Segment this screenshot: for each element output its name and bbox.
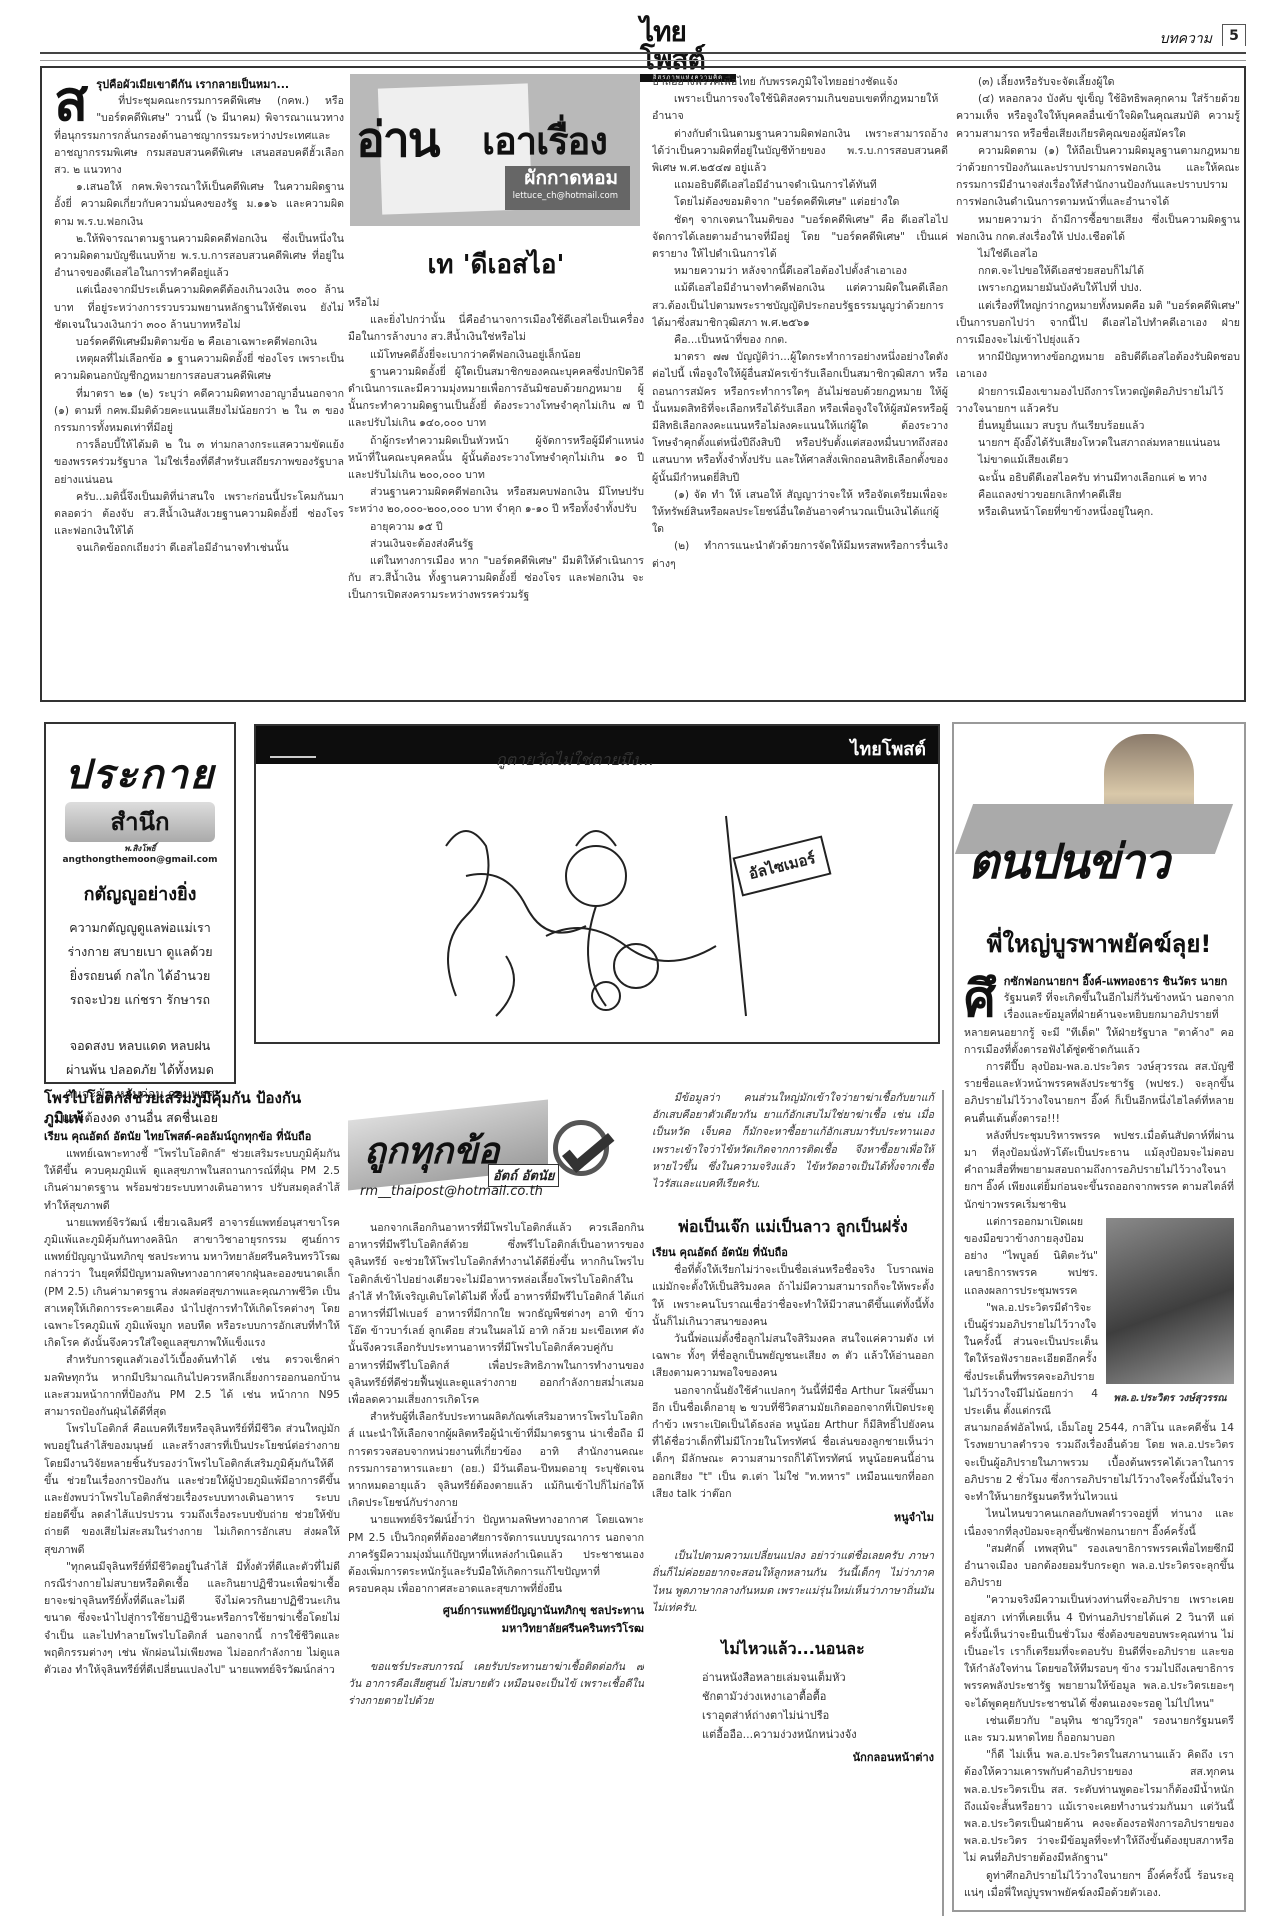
- page-number: 5: [1222, 24, 1246, 46]
- paragraph: "ความจริงมีความเป็นห่วงท่านที่จะอภิปราย …: [964, 1592, 1234, 1712]
- paragraph: หรือเดินหน้าโดยที่ขาข้างหนึ่งอยู่ในคุก.: [956, 504, 1240, 521]
- paragraph: ไม่ใช่ดีเอสไอ: [956, 246, 1240, 263]
- paragraph: นอกจากนั้นยังใช้คำแปลกๆ วันนี้ที่มีชื่อ …: [652, 1383, 934, 1503]
- editorial-headline: เท 'ดีเอสไอ': [348, 244, 644, 285]
- paragraph: มีข้อมูลว่า คนส่วนใหญ่มักเข้าใจว่ายาฆ่าเ…: [652, 1090, 934, 1193]
- poem-line: แต่อื้ออือ...ความง่วงหนักหน่วงจัง: [702, 1725, 934, 1744]
- tonpon-logo: ตนปนข่าว: [968, 824, 1168, 900]
- paragraph: นายกฯ อุ๊งอิ๊งได้รับเสียงโหวตในสภาถล่มทล…: [956, 435, 1240, 452]
- paragraph: แถมอธิบดีดีเอสไอมีอำนาจดำเนินการได้ทันที: [652, 177, 948, 194]
- author-email[interactable]: lettuce_ch@hotmail.com: [505, 190, 618, 202]
- paragraph: หมายความว่า ถ้ามีการซื้อขายเสียง ซึ่งเป็…: [956, 212, 1240, 246]
- paragraph: สำหรับการดูแลตัวเองไว้เบื้องต้นทำได้ เช่…: [44, 1352, 340, 1421]
- tonpon-body: ศึ กซักฟอกนายกฯ อิ๊งค์-แพทองธาร ชินวัตร …: [954, 973, 1244, 1902]
- editor-reply: ขอแชร์ประสบการณ์ เคยรับประทานยาฆ่าเชื้อต…: [348, 1659, 644, 1711]
- banner-word-small: เอาเรื่อง: [482, 110, 607, 171]
- paragraph: การตีปี๊บ ลุงป้อม-พล.อ.ประวิตร วงษ์สุวรร…: [964, 1059, 1234, 1128]
- editorial-column-3: บาลอย่างพรรคเพื่อไทย กับพรรคภูมิใจไทยอย่…: [652, 74, 948, 694]
- paragraph: ถ้าผู้กระทำความผิดเป็นหัวหน้า ผู้จัดการห…: [348, 433, 644, 485]
- drop-cap: ศึ: [964, 975, 996, 1023]
- editorial-box: ส รุปคือผัวเมียเขาดีกัน เรากลายเป็นหมา..…: [40, 66, 1246, 702]
- paragraph: (๒) ทำการแนะนำตัวด้วยการจัดให้มีมหรสพหรื…: [652, 538, 948, 572]
- paragraph: หรือไม่: [348, 295, 644, 312]
- poem-line: ผ่านพ้น ปลอดภัย ได้ทั้งหมด: [46, 1058, 234, 1082]
- editor-reply: เป็นไปตามความเปลี่ยนแปลง อย่าว่าแต่ชื่อเ…: [652, 1548, 934, 1617]
- paragraph: (๓) เลี้ยงหรือรับจะจัดเลี้ยงผู้ใด: [956, 74, 1240, 91]
- poem-title: ไม่ไหวแล้ว...นอนละ: [652, 1637, 934, 1662]
- editor-reply-continued: มีข้อมูลว่า คนส่วนใหญ่มักเข้าใจว่ายาฆ่าเ…: [652, 1090, 934, 1193]
- paragraph: คือแถลงข่าวขอยกเลิกทำคดีเสีย: [956, 487, 1240, 504]
- paragraph: แพทย์เฉพาะทางชี้ "โพรไบโอติกส์" ช่วยเสริ…: [44, 1146, 340, 1215]
- editorial-body: หรือไม่ และยิ่งไปกว่านั้น นี่คืออำนาจการ…: [348, 295, 644, 605]
- letters-column-2: ถูกทุกข้อ อัตถ์ อัตนัย rm__thaipost@hotm…: [348, 1090, 644, 1920]
- poem-line: รถจะป่วย แก่ชรา รักษารถ: [46, 988, 234, 1012]
- paragraph: เพราะกฎหมายมันบังคับให้ไปที่ ปปง.: [956, 280, 1240, 297]
- paragraph: ฐานความผิดอั้งยี่ ผู้ใดเป็นสมาชิกของคณะบ…: [348, 364, 644, 433]
- cartoon-caption: กูตายวัดไม่ใช่ตายมึง...: [496, 748, 653, 773]
- paragraph: แม้ดีเอสไอมีอำนาจทำคดีฟอกเงิน แต่ความผิด…: [652, 280, 948, 332]
- paragraph: ครับ...มตินี้จึงเป็นมติที่น่าสนใจ เพราะก…: [54, 489, 344, 541]
- masthead-logo: ไทยโพสต์ อิสรภาพแห่งความคิด: [640, 18, 740, 56]
- poem-line: อ่านหนังสือหลายเล่มจนเต็มหัว: [702, 1668, 934, 1687]
- mascot-icon: [270, 732, 316, 758]
- column-banner: อ่าน เอาเรื่อง ผักกาดหอม lettuce_ch@hotm…: [350, 74, 640, 226]
- letter-body: ชื่อที่ตั้งให้เรียกไม่ว่าจะเป็นชื่อเล่นห…: [652, 1262, 934, 1617]
- cartoon-brand: ไทยโพสต์: [850, 734, 926, 763]
- paragraph: หลังที่ประชุมบริหารพรรค พปชร.เมื่อต้นสัป…: [964, 1128, 1234, 1214]
- paragraph: "ก็ดี ไม่เห็น พล.อ.ประวิตรในสภานานแล้ว ค…: [964, 1747, 1234, 1867]
- paragraph: ยื่นหมูยื่นแมว สบรูบ กันเรียบร้อยแล้ว: [956, 418, 1240, 435]
- paragraph: แต่เนื่องจากมีประเด็นความผิดคดีต้องเกินว…: [54, 282, 344, 334]
- tonpon-headline: พี่ใหญ่บูรพาพยัคฆ์ลุย!: [954, 924, 1244, 963]
- letter-salutation: เรียน คุณอัตถ์ อัตนัย ที่นับถือ: [652, 1244, 934, 1262]
- paragraph: แต่เรื่องที่ใหญ่กว่ากฎหมายทั้งหมดคือ มติ…: [956, 298, 1240, 350]
- poem-signature: นักกลอนหน้าต่าง: [652, 1748, 934, 1766]
- lead-line: รุปคือผัวเมียเขาดีกัน เรากลายเป็นหมา...: [54, 76, 344, 93]
- paragraph: ที่ประชุมคณะกรรมการคดีพิเศษ (กคพ.) หรือ …: [54, 93, 344, 179]
- header-rule: [40, 52, 1246, 54]
- tonpon-banner: ตนปนข่าว: [954, 734, 1244, 894]
- photo-caption: พล.อ.ประวิตร วงษ์สุวรรณ: [1106, 1390, 1234, 1407]
- author-name: ผักกาดหอม: [505, 166, 618, 190]
- banner-word-big: อ่าน: [356, 102, 439, 178]
- reader-poem: อ่านหนังสือหลายเล่มจนเต็มหัว ชักตามัวง่ว…: [652, 1668, 934, 1744]
- paragraph: บอร์ดคดีพิเศษมีมติตามข้อ ๒ คือเอาเฉพาะคด…: [54, 334, 344, 351]
- paragraph: โดยไม่ต้องขอมติจาก "บอร์ดคดีพิเศษ" แต่อย…: [652, 194, 948, 211]
- letters-column-1: โพรไบโอติกส์ช่วยเสริมภูมิคุ้มกัน ป้องกัน…: [44, 1088, 340, 1920]
- letter-signature: ศูนย์การแพทย์ปัญญานันทภิกขุ ชลประทาน: [348, 1602, 644, 1619]
- paragraph: อายุความ ๑๕ ปี: [348, 519, 644, 536]
- editorial-column-1: ส รุปคือผัวเมียเขาดีกัน เรากลายเป็นหมา..…: [54, 76, 344, 696]
- column-logo-thuk-thuk-kho: ถูกทุกข้อ อัตถ์ อัตนัย rm__thaipost@hotm…: [348, 1090, 644, 1200]
- paragraph: รัฐมนตรี ที่จะเกิดขึ้นในอีกไม่กี่วันข้าง…: [964, 990, 1234, 1059]
- paragraph: แม้โทษคดีอั้งยี่จะเบากว่าคดีฟอกเงินอยู่เ…: [348, 347, 644, 364]
- paragraph: นอกจากเลือกกินอาหารที่มีโพรไบโอติกส์แล้ว…: [348, 1220, 644, 1409]
- paragraph: คือ...เป็นหน้าที่ของ กกต.: [652, 332, 948, 349]
- letter-headline: โพรไบโอติกส์ช่วยเสริมภูมิคุ้มกัน ป้องกัน…: [44, 1088, 340, 1128]
- paragraph: มาตรา ๗๗ บัญญัติว่า...ผู้ใดกระทำการอย่าง…: [652, 349, 948, 487]
- poem-line: จอดสงบ หลบแดด หลบฝน: [46, 1034, 234, 1058]
- paragraph: หมายความว่า หลังจากนี้ดีเอสไอต้องไปตั้งล…: [652, 263, 948, 280]
- photo-figure: พล.อ.ประวิตร วงษ์สุวรรณ: [1106, 1218, 1234, 1407]
- poem-line: ชักตามัวง่วงเหงาเอาตื้อตื้อ: [702, 1687, 934, 1706]
- paragraph: ๑.เสนอให้ กคพ.พิจารณาให้เป็นคดีพิเศษ ในค…: [54, 179, 344, 231]
- paragraph: (๑) จัด ทำ ให้ เสนอให้ สัญญาว่าจะให้ หรื…: [652, 487, 948, 539]
- paragraph: นายแพทย์จิรวัฒน์ เชี่ยวเฉลิมศรี อาจารย์แ…: [44, 1215, 340, 1353]
- paragraph: ฉะนั้น อธิบดีดีเอสไอครับ ท่านมีทางเลือกแ…: [956, 470, 1240, 487]
- paragraph: (๔) หลอกลวง บังคับ ขู่เข็ญ ใช้อิทธิพลคุก…: [956, 91, 1240, 143]
- paragraph: ส่วนเงินจะต้องส่งคืนรัฐ: [348, 536, 644, 553]
- poem-stanza-1: ความกตัญญูดูแลพ่อแม่เรา ร่างกาย สบายเบา …: [46, 916, 234, 1012]
- paragraph: เพราะเป็นการจงใจใช้นิติสงครามเกินขอบเขตท…: [652, 91, 948, 125]
- paragraph: แต่ในทางการเมือง หาก "บอร์ดคดีพิเศษ" มีม…: [348, 553, 644, 605]
- paragraph: ความผิดตาม (๑) ให้ถือเป็นความผิดมูลฐานตา…: [956, 143, 1240, 212]
- letters-column-3: มีข้อมูลว่า คนส่วนใหญ่มักเข้าใจว่ายาฆ่าเ…: [652, 1090, 944, 1916]
- poem-scroll-banner: สำนึก: [65, 802, 215, 842]
- paragraph: หากมีปัญหาทางข้อกฎหมาย อธิบดีดีเอสไอต้อง…: [956, 349, 1240, 383]
- paragraph: กกต.จะไปขอให้ดีเอสช่วยสอบก็ไม่ได้: [956, 263, 1240, 280]
- letter-salutation: เรียน คุณอัตถ์ อัตนัย ไทยโพสต์-คอลัมน์ถู…: [44, 1128, 340, 1146]
- cartoon-box: ไทยโพสต์ กูตายวัดไม่ใช่ตายมึง... อัลไซเม…: [254, 724, 940, 1044]
- paragraph: นายแพทย์จิรวัฒน์ย้ำว่า ปัญหามลพิษทางอากา…: [348, 1512, 644, 1598]
- tonpon-box: ตนปนข่าว พี่ใหญ่บูรพาพยัคฆ์ลุย! ศึ กซักฟ…: [952, 722, 1246, 1912]
- paragraph: เช่นเดียวกับ "อนุทิน ชาญวีรกูล" รองนายกร…: [964, 1713, 1234, 1747]
- paragraph: เหตุผลที่ไม่เลือกข้อ ๑ ฐานความผิดอั้งยี่…: [54, 351, 344, 385]
- editorial-column-2: อ่าน เอาเรื่อง ผักกาดหอม lettuce_ch@hotm…: [348, 74, 644, 694]
- paragraph: ไม่ขาดแม้เสียงเดียว: [956, 452, 1240, 469]
- section-label: บทความ: [1160, 28, 1212, 50]
- author-bar: ผักกาดหอม lettuce_ch@hotmail.com: [505, 166, 630, 210]
- header-rule-thin: [40, 60, 1246, 61]
- photo-prawit: [1106, 1218, 1234, 1384]
- paragraph: ต่างกับดำเนินตามฐานความผิดฟอกเงิน เพราะส…: [652, 126, 948, 178]
- paragraph: วันนี้พ่อแม่ตั้งชื่อลูกไม่สนใจสิริมงคล ส…: [652, 1331, 934, 1383]
- paragraph: ฝ่ายการเมืองเขามองไปถึงการโหวตญัตติอภิปร…: [956, 384, 1240, 418]
- poem-line: ยิ่งรถยนต์ กลไก ได้อำนวย: [46, 964, 234, 988]
- paragraph: การล็อบบี้ให้ได้มติ ๒ ใน ๓ ท่ามกลางกระแส…: [54, 437, 344, 489]
- poem-box: ประกาย สำนึก พ.สิงโพธิ์ angthongthemoon@…: [44, 722, 236, 1084]
- poem-column-logo: ประกาย: [46, 742, 234, 806]
- paragraph: ชัดๆ จากเจตนาในมติของ "บอร์ดคดีพิเศษ" คื…: [652, 212, 948, 264]
- lead-line: กซักฟอกนายกฯ อิ๊งค์-แพทองธาร ชินวัตร นาย…: [964, 973, 1234, 990]
- paragraph: และยิ่งไปกว่านั้น นี่คืออำนาจการเมืองใช้…: [348, 312, 644, 346]
- paragraph: "สมศักดิ์ เทพสุทิน" รองเลขาธิการพรรคเพื่…: [964, 1541, 1234, 1593]
- drop-cap: ส: [54, 78, 88, 126]
- poem-line: เราอุตส่าห์ถ่างตาไม่น่าปรือ: [702, 1706, 934, 1725]
- paragraph: ที่มาตรา ๒๑ (๒) ระบุว่า คดีความผิดทางอาญ…: [54, 386, 344, 438]
- paragraph: ไหนไหนขวาคนเกลอกับพลตำรวจอยู่ที่ ท่านาง …: [964, 1506, 1234, 1540]
- paragraph: ๒.ให้พิจารณาตามฐานความผิดคดีฟอกเงิน ซึ่ง…: [54, 231, 344, 283]
- paragraph: ดูท่าศึกอภิปรายไม่ไว้วางใจนายกฯ อิ๊งค์คร…: [964, 1868, 1234, 1902]
- poem-line: ความกตัญญูดูแลพ่อแม่เรา: [46, 916, 234, 940]
- letter-signature: มหาวิทยาลัยศรีนครินทรวิโรฒ: [348, 1620, 644, 1637]
- paragraph: ชื่อที่ตั้งให้เรียกไม่ว่าจะเป็นชื่อเล่นห…: [652, 1262, 934, 1331]
- letter-body-continued: นอกจากเลือกกินอาหารที่มีโพรไบโอติกส์แล้ว…: [348, 1220, 644, 1710]
- letter-headline: พ่อเป็นเจ๊ก แม่เป็นลาว ลูกเป็นฝรั่ง: [652, 1215, 934, 1240]
- paragraph: โพรไบโอติกส์ คือแบคทีเรียหรือจุลินทรีย์ท…: [44, 1421, 340, 1559]
- poem-email[interactable]: angthongthemoon@gmail.com: [46, 855, 234, 865]
- paragraph: สนามกอล์ฟอัลไพน์, เอ็มโอยู 2544, กาสิโน …: [964, 1420, 1234, 1506]
- paragraph: บาลอย่างพรรคเพื่อไทย กับพรรคภูมิใจไทยอย่…: [652, 74, 948, 91]
- cartoon-illustration-icon: [406, 806, 786, 1026]
- letter-body: แพทย์เฉพาะทางชี้ "โพรไบโอติกส์" ช่วยเสริ…: [44, 1146, 340, 1679]
- logo-word: ถูกทุกข้อ: [364, 1122, 499, 1179]
- paragraph: สำหรับผู้ที่เลือกรับประทานผลิตภัณฑ์เสริม…: [348, 1409, 644, 1512]
- paragraph: ส่วนฐานความผิดคดีฟอกเงิน หรือสมคบฟอกเงิน…: [348, 484, 644, 518]
- paragraph: จนเกิดข้อถกเถียงว่า ดีเอสไอมีอำนาจทำเช่น…: [54, 540, 344, 557]
- column-email[interactable]: rm__thaipost@hotmail.co.th: [360, 1184, 543, 1199]
- editorial-column-4: (๓) เลี้ยงหรือรับจะจัดเลี้ยงผู้ใด (๔) หล…: [956, 74, 1240, 694]
- poem-line: ร่างกาย สบายเบา ดูแลด้วย: [46, 940, 234, 964]
- paragraph: "ทุกคนมีจุลินทรีย์ที่มีชีวิตอยู่ในลำไส้ …: [44, 1559, 340, 1679]
- poem-title: กตัญญูอย่างยิ่ง: [46, 879, 234, 908]
- poem-byline: พ.สิงโพธิ์: [46, 842, 234, 855]
- letter-signature: หนูจำไม: [652, 1509, 934, 1526]
- cartoon-drawing: [406, 806, 786, 1026]
